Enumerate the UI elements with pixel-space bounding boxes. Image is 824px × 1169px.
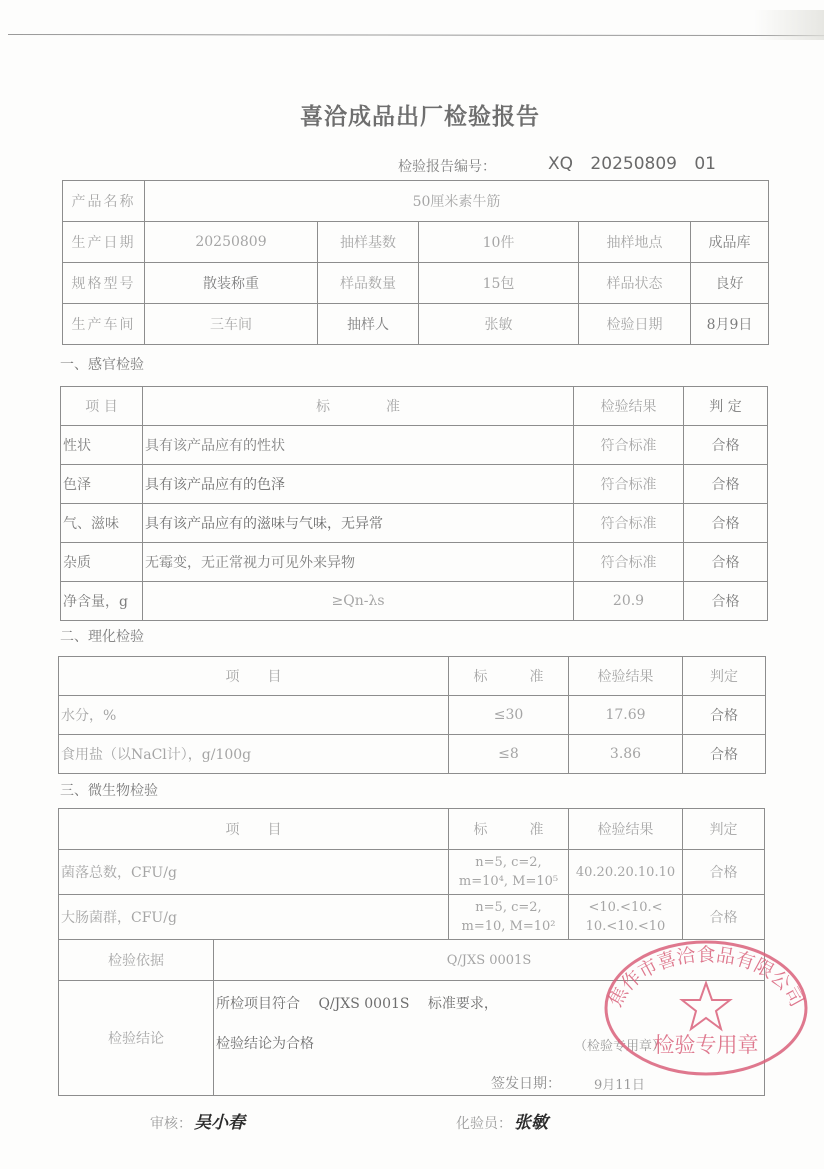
verdict: 合格: [684, 426, 768, 465]
sampling-location: 成品库: [691, 222, 769, 263]
header-result: 检验结果: [574, 387, 684, 426]
conclusion-label: 检验结论: [59, 981, 214, 1096]
verdict: 合格: [684, 582, 768, 621]
sampler: 张敏: [419, 304, 579, 345]
result-line-1: 40.20.20.10.10: [569, 863, 682, 882]
header-verdict: 判定: [683, 657, 766, 696]
table-header-row: 项 目 标 准 检验结果 判定: [59, 657, 766, 696]
verdict: 合格: [684, 504, 768, 543]
table-row: 产品名称 50厘米素牛筋: [63, 181, 769, 222]
table-row: 生产车间 三车间 抽样人 张敏 检验日期 8月9日: [63, 304, 769, 345]
table-row: 气、滋味 具有该产品应有的滋味与气味，无异常 符合标准 合格: [61, 504, 768, 543]
basic-info-table: 产品名称 50厘米素牛筋 生产日期 20250809 抽样基数 10件 抽样地点…: [62, 180, 769, 345]
sensory-table: 项 目 标 准 检验结果 判 定 性状 具有该产品应有的性状 符合标准 合格 色…: [60, 386, 768, 621]
production-date: 20250809: [145, 222, 318, 263]
verdict: 合格: [684, 543, 768, 582]
basis-label: 检验依据: [59, 940, 214, 981]
section-title-physchem: 二、理化检验: [60, 626, 144, 646]
result: 17.69: [569, 696, 683, 735]
conclusion-line-1: 所检项目符合 Q/JXS 0001S 标准要求，: [216, 993, 498, 1013]
table-row: 大肠菌群，CFU/g n=5, c=2, m=10, M=10² <10.<10…: [59, 895, 765, 940]
standard: ≤30: [449, 696, 569, 735]
product-name: 50厘米素牛筋: [145, 181, 769, 222]
spec: 散装称重: [145, 263, 318, 304]
inspection-date: 8月9日: [691, 304, 769, 345]
table-header-row: 项 目 标 准 检验结果 判 定: [61, 387, 768, 426]
issue-date-label: 签发日期：: [491, 1073, 561, 1093]
seal-note: （检验专用章）: [574, 1035, 665, 1054]
header-standard: 标 准: [449, 657, 569, 696]
reviewer-name: 吴小春: [194, 1113, 245, 1133]
sample-qty-label: 样品数量: [318, 263, 419, 304]
table-row: 杂质 无霉变，无正常视力可见外来异物 符合标准 合格: [61, 543, 768, 582]
result: 符合标准: [574, 504, 684, 543]
result-line-2: 10.<10.<10: [569, 917, 682, 936]
sample-state-label: 样品状态: [579, 263, 691, 304]
standard: n=5, c=2, m=10⁴, M=10⁵: [449, 850, 569, 895]
section-title-sensory: 一、感官检验: [60, 354, 144, 374]
table-row: 规格型号 散装称重 样品数量 15包 样品状态 良好: [63, 263, 769, 304]
item: 性状: [61, 426, 143, 465]
item: 水分，%: [59, 696, 449, 735]
production-date-label: 生产日期: [63, 222, 145, 263]
result: 3.86: [569, 735, 683, 774]
standard: 具有该产品应有的滋味与气味，无异常: [143, 504, 574, 543]
verdict: 合格: [684, 465, 768, 504]
report-number: 检验报告编号： XQ 20250809 01: [398, 156, 496, 176]
header-verdict: 判 定: [684, 387, 768, 426]
result: 符合标准: [574, 426, 684, 465]
header-item: 项 目: [59, 657, 449, 696]
item: 食用盐（以NaCl计），g/100g: [59, 735, 449, 774]
standard-line-2: m=10⁴, M=10⁵: [449, 872, 568, 891]
sample-state: 良好: [691, 263, 769, 304]
sampling-base: 10件: [419, 222, 579, 263]
result: 符合标准: [574, 543, 684, 582]
spec-label: 规格型号: [63, 263, 145, 304]
reviewer-label: 审核：: [150, 1116, 192, 1132]
analyst-signature: 化验员：张敏: [456, 1108, 548, 1133]
table-header-row: 项 目 标 准 检验结果 判定: [59, 809, 765, 850]
sampling-base-label: 抽样基数: [318, 222, 419, 263]
result-line-1: <10.<10.<: [569, 898, 682, 917]
header-item: 项 目: [59, 809, 449, 850]
table-row: 检验依据 Q/JXS 0001S: [59, 940, 765, 981]
standard: 具有该产品应有的色泽: [143, 465, 574, 504]
table-row: 净含量，g ≥Qn-λs 20.9 合格: [61, 582, 768, 621]
item: 菌落总数，CFU/g: [59, 850, 449, 895]
standard-line-2: m=10, M=10²: [449, 917, 568, 936]
item: 净含量，g: [61, 582, 143, 621]
header-standard: 标 准: [143, 387, 574, 426]
workshop-label: 生产车间: [63, 304, 145, 345]
report-number-value: XQ 20250809 01: [548, 154, 716, 174]
item: 色泽: [61, 465, 143, 504]
sampling-location-label: 抽样地点: [579, 222, 691, 263]
header-result: 检验结果: [569, 657, 683, 696]
item: 气、滋味: [61, 504, 143, 543]
item: 杂质: [61, 543, 143, 582]
standard: ≤8: [449, 735, 569, 774]
standard-line-1: n=5, c=2,: [449, 898, 568, 917]
inspection-date-label: 检验日期: [579, 304, 691, 345]
reviewer-signature: 审核：吴小春: [150, 1108, 245, 1133]
standard: 具有该产品应有的性状: [143, 426, 574, 465]
conclusion-line-2: 检验结论为合格: [216, 1033, 314, 1053]
physchem-table: 项 目 标 准 检验结果 判定 水分，% ≤30 17.69 合格 食用盐（以N…: [58, 656, 766, 774]
scan-shadow: [754, 10, 824, 40]
analyst-label: 化验员：: [456, 1116, 512, 1132]
scan-top-edge-line: [8, 34, 824, 36]
analyst-name: 张敏: [514, 1113, 548, 1133]
table-row: 菌落总数，CFU/g n=5, c=2, m=10⁴, M=10⁵ 40.20.…: [59, 850, 765, 895]
conclusion-cell: 所检项目符合 Q/JXS 0001S 标准要求， 检验结论为合格 （检验专用章）…: [214, 981, 765, 1096]
result: 20.9: [574, 582, 684, 621]
table-row: 性状 具有该产品应有的性状 符合标准 合格: [61, 426, 768, 465]
table-row: 水分，% ≤30 17.69 合格: [59, 696, 766, 735]
issue-date: 9月11日: [594, 1074, 645, 1093]
basis: Q/JXS 0001S: [214, 940, 765, 981]
standard-line-1: n=5, c=2,: [449, 853, 568, 872]
standard: n=5, c=2, m=10, M=10²: [449, 895, 569, 940]
result: 40.20.20.10.10: [569, 850, 683, 895]
product-name-label: 产品名称: [63, 181, 145, 222]
verdict: 合格: [683, 850, 765, 895]
header-item: 项 目: [61, 387, 143, 426]
verdict: 合格: [683, 735, 766, 774]
verdict: 合格: [683, 895, 765, 940]
table-row: 检验结论 所检项目符合 Q/JXS 0001S 标准要求， 检验结论为合格 （检…: [59, 981, 765, 1096]
report-number-label: 检验报告编号：: [398, 159, 496, 175]
standard: ≥Qn-λs: [143, 582, 574, 621]
table-row: 生产日期 20250809 抽样基数 10件 抽样地点 成品库: [63, 222, 769, 263]
result: <10.<10.< 10.<10.<10: [569, 895, 683, 940]
item: 大肠菌群，CFU/g: [59, 895, 449, 940]
header-verdict: 判定: [683, 809, 765, 850]
sample-qty: 15包: [419, 263, 579, 304]
section-title-micro: 三、微生物检验: [60, 780, 158, 800]
page-title: 喜洽成品出厂检验报告: [0, 98, 824, 131]
table-row: 食用盐（以NaCl计），g/100g ≤8 3.86 合格: [59, 735, 766, 774]
standard: 无霉变，无正常视力可见外来异物: [143, 543, 574, 582]
result: 符合标准: [574, 465, 684, 504]
verdict: 合格: [683, 696, 766, 735]
header-result: 检验结果: [569, 809, 683, 850]
sampler-label: 抽样人: [318, 304, 419, 345]
micro-table: 项 目 标 准 检验结果 判定 菌落总数，CFU/g n=5, c=2, m=1…: [58, 808, 765, 1096]
workshop: 三车间: [145, 304, 318, 345]
header-standard: 标 准: [449, 809, 569, 850]
table-row: 色泽 具有该产品应有的色泽 符合标准 合格: [61, 465, 768, 504]
